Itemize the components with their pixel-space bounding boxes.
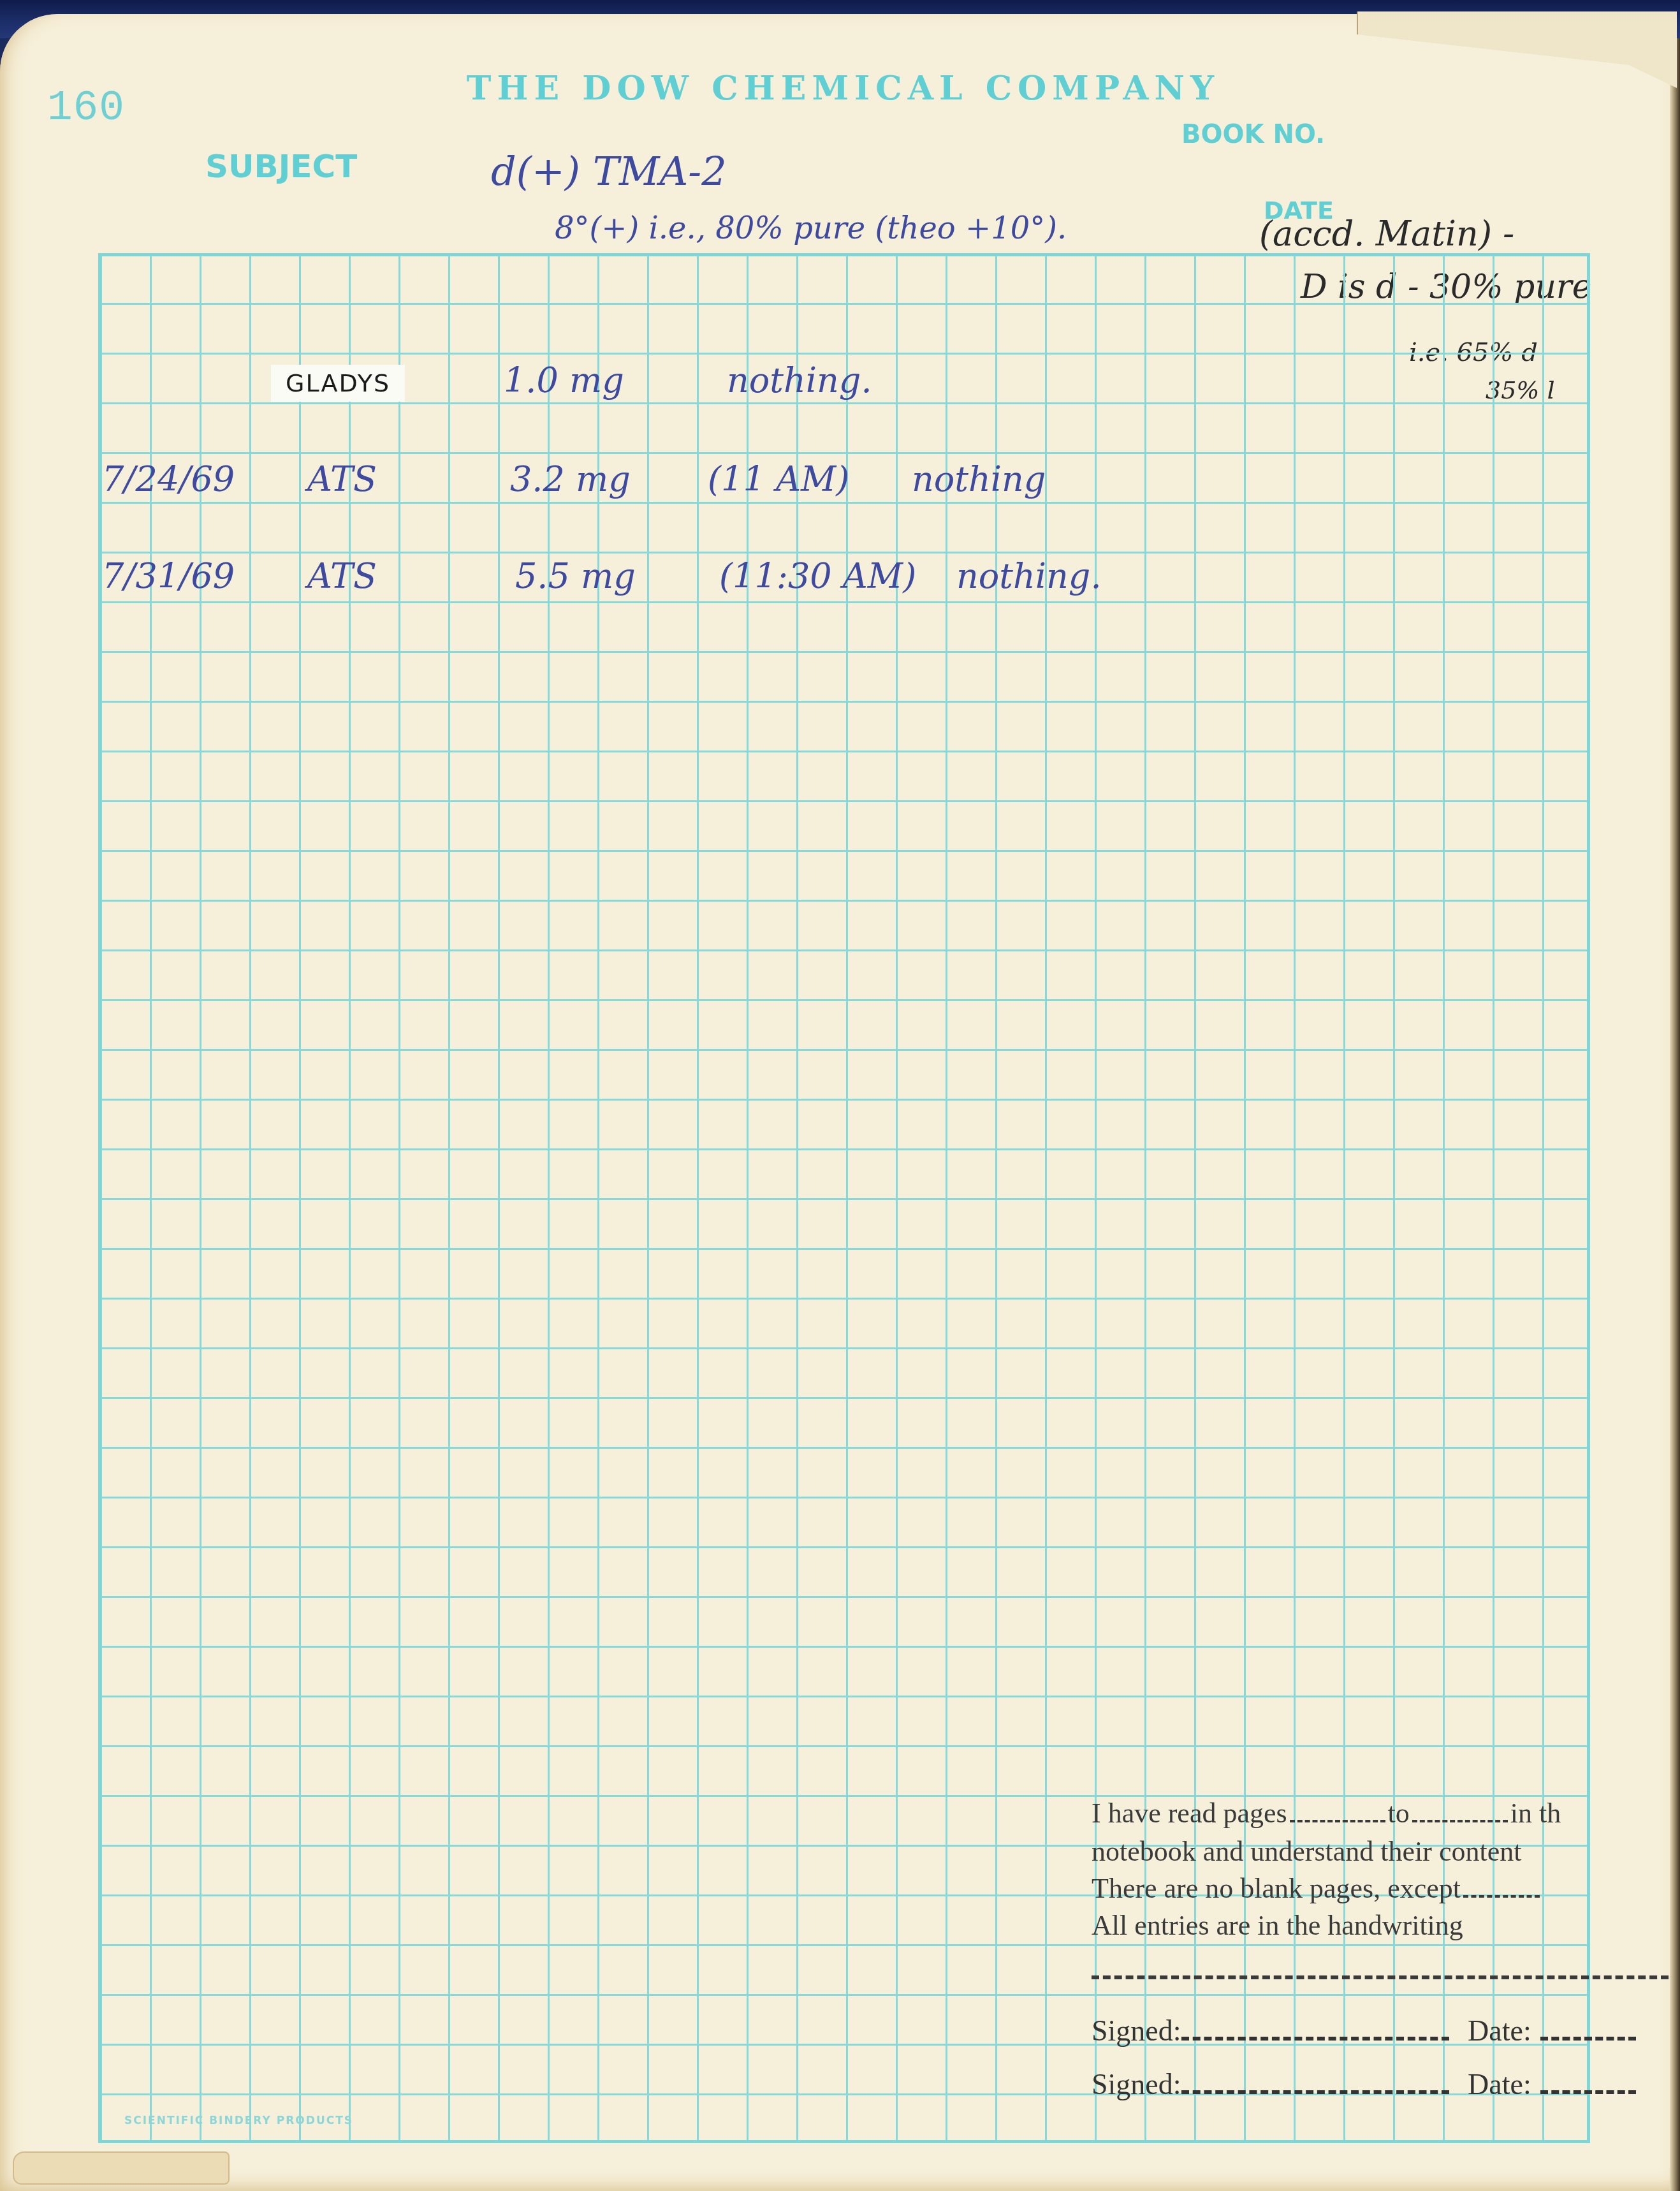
entry-2-time: (11 AM) <box>708 459 849 499</box>
pages-to-blank[interactable] <box>1412 1817 1508 1822</box>
entry-3-dose: 5.5 mg <box>515 556 636 596</box>
signature-field-1[interactable] <box>1181 2032 1449 2041</box>
attestation-divider <box>1092 1975 1669 1979</box>
attestation-line-1: I have read pagestoin th <box>1092 1797 1672 1829</box>
blank-pages-blank[interactable] <box>1463 1893 1540 1898</box>
subject-name-sticker: GLADYS <box>271 365 405 402</box>
entry-2-dose: 3.2 mg <box>510 459 631 499</box>
entry-3-time: (11:30 AM) <box>719 556 916 596</box>
subject-note-1: (accd. Matin) - <box>1259 214 1514 254</box>
signed-label: Signed: <box>1092 2014 1181 2047</box>
entry-1-result: nothing. <box>727 360 872 400</box>
book-number-label: BOOK NO. <box>1181 120 1325 149</box>
subject-label: SUBJECT <box>205 148 357 185</box>
date-label: Date: <box>1468 2014 1531 2047</box>
signature-row-2: Signed: Date: <box>1092 2067 1672 2101</box>
entry-3-result: nothing. <box>956 556 1102 596</box>
attestation-text: There are no blank pages, except <box>1092 1873 1461 1904</box>
entry-2-result: nothing <box>912 459 1046 499</box>
page-number: 160 <box>47 84 125 132</box>
date-field-1[interactable] <box>1540 2032 1636 2041</box>
signature-field-2[interactable] <box>1181 2085 1449 2094</box>
subject-line-2: 8°(+) i.e., 80% pure (theo +10°). <box>555 210 1067 246</box>
entry-2-date: 7/24/69 <box>102 459 235 499</box>
entry-2-subject: ATS <box>307 459 377 499</box>
paper-tab <box>13 2151 230 2185</box>
page-edge-shadow <box>1670 38 1680 2191</box>
company-name: THE DOW CHEMICAL COMPANY <box>414 69 1272 108</box>
attestation-text: I have read pages <box>1092 1798 1287 1829</box>
entry-3-subject: ATS <box>307 556 377 596</box>
entry-1-dose: 1.0 mg <box>504 360 624 400</box>
entry-3-date: 7/31/69 <box>102 556 235 596</box>
attestation-text: to <box>1388 1798 1410 1829</box>
pages-from-blank[interactable] <box>1290 1817 1385 1822</box>
attestation-text: in th <box>1510 1798 1561 1829</box>
attestation-line-3: There are no blank pages, except <box>1092 1872 1672 1905</box>
attestation-line-4: All entries are in the handwriting <box>1092 1909 1672 1942</box>
bindery-imprint: SCIENTIFIC BINDERY PRODUCTS <box>124 2114 353 2127</box>
signed-label: Signed: <box>1092 2068 1181 2100</box>
attestation-line-2: notebook and understand their content <box>1092 1835 1672 1868</box>
date-label: Date: <box>1468 2068 1531 2100</box>
subject-line-1: d(+) TMA-2 <box>491 148 727 194</box>
date-field-2[interactable] <box>1540 2085 1636 2094</box>
signature-row-1: Signed: Date: <box>1092 2014 1672 2048</box>
